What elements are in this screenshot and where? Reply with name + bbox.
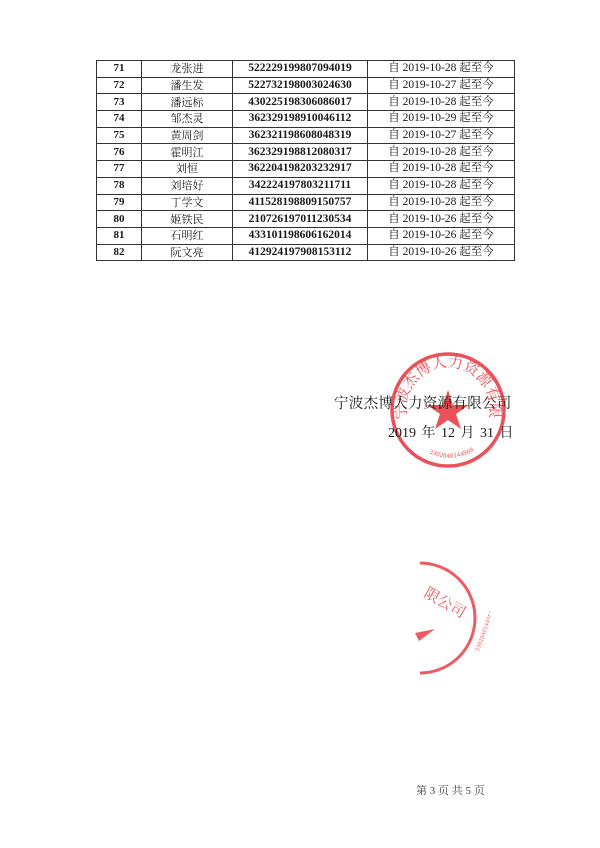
row-number: 79 [97, 194, 142, 211]
svg-text:3302040144560: 3302040144560 [475, 610, 490, 653]
table-row: 82阮文亮412924197908153112自 2019-10-26 起至今 [97, 244, 515, 261]
table-row: 81石明红433101198606162014自 2019-10-26 起至今 [97, 227, 515, 244]
person-name: 石明红 [142, 227, 233, 244]
employment-since: 自 2019-10-29 起至今 [368, 111, 515, 128]
row-number: 81 [97, 227, 142, 244]
employment-since: 自 2019-10-27 起至今 [368, 77, 515, 94]
id-number: 412924197908153112 [233, 244, 368, 261]
table-row: 78刘培好342224197803211711自 2019-10-28 起至今 [97, 177, 515, 194]
person-name: 霍明江 [142, 144, 233, 161]
person-name: 刘培好 [142, 177, 233, 194]
row-number: 78 [97, 177, 142, 194]
employment-since: 自 2019-10-26 起至今 [368, 244, 515, 261]
row-number: 74 [97, 111, 142, 128]
table-row: 71龙张进522229199807094019自 2019-10-28 起至今 [97, 61, 515, 78]
employment-since: 自 2019-10-28 起至今 [368, 177, 515, 194]
person-name: 邹杰灵 [142, 111, 233, 128]
id-number: 362329198812080317 [233, 144, 368, 161]
employment-since: 自 2019-10-28 起至今 [368, 194, 515, 211]
row-number: 75 [97, 127, 142, 144]
table-row: 72潘生发522732198003024630自 2019-10-27 起至今 [97, 77, 515, 94]
table-row: 79丁学文411528198809150757自 2019-10-28 起至今 [97, 194, 515, 211]
person-name: 龙张进 [142, 61, 233, 78]
id-number: 362329198910046112 [233, 111, 368, 128]
row-number: 77 [97, 161, 142, 178]
employment-since: 自 2019-10-26 起至今 [368, 211, 515, 228]
id-number: 411528198809150757 [233, 194, 368, 211]
id-number: 362204198203232917 [233, 161, 368, 178]
table-row: 73潘远标430225198306086017自 2019-10-28 起至今 [97, 94, 515, 111]
person-name: 潘生发 [142, 77, 233, 94]
person-name: 姬铁民 [142, 211, 233, 228]
person-name: 丁学文 [142, 194, 233, 211]
id-number: 430225198306086017 [233, 94, 368, 111]
row-number: 73 [97, 94, 142, 111]
row-number: 71 [97, 61, 142, 78]
id-number: 522229199807094019 [233, 61, 368, 78]
id-number: 210726197011230534 [233, 211, 368, 228]
personnel-table: 71龙张进522229199807094019自 2019-10-28 起至今7… [96, 60, 515, 261]
signature-date: 2019 年 12 月 31 日 [388, 422, 514, 442]
row-number: 72 [97, 77, 142, 94]
employment-since: 自 2019-10-26 起至今 [368, 227, 515, 244]
row-number: 80 [97, 211, 142, 228]
partial-seal-icon: 限公司 3302040144560 [365, 555, 490, 680]
table-row: 75黄周剑362321198608048319自 2019-10-27 起至今 [97, 127, 515, 144]
employment-since: 自 2019-10-27 起至今 [368, 127, 515, 144]
person-name: 黄周剑 [142, 127, 233, 144]
employment-since: 自 2019-10-28 起至今 [368, 94, 515, 111]
row-number: 82 [97, 244, 142, 261]
svg-text:3302040144560: 3302040144560 [428, 446, 475, 460]
svg-text:限公司: 限公司 [421, 584, 469, 622]
employment-since: 自 2019-10-28 起至今 [368, 161, 515, 178]
person-name: 潘远标 [142, 94, 233, 111]
id-number: 362321198608048319 [233, 127, 368, 144]
employment-since: 自 2019-10-28 起至今 [368, 144, 515, 161]
id-number: 342224197803211711 [233, 177, 368, 194]
table-row: 77刘恒362204198203232917自 2019-10-28 起至今 [97, 161, 515, 178]
id-number: 433101198606162014 [233, 227, 368, 244]
company-name: 宁波杰博人力资源有限公司 [334, 392, 512, 413]
table-row: 80姬铁民210726197011230534自 2019-10-26 起至今 [97, 211, 515, 228]
person-name: 刘恒 [142, 161, 233, 178]
id-number: 522732198003024630 [233, 77, 368, 94]
table-row: 74邹杰灵362329198910046112自 2019-10-29 起至今 [97, 111, 515, 128]
row-number: 76 [97, 144, 142, 161]
table-row: 76霍明江362329198812080317自 2019-10-28 起至今 [97, 144, 515, 161]
employment-since: 自 2019-10-28 起至今 [368, 61, 515, 78]
page-number: 第 3 页 共 5 页 [416, 782, 485, 798]
person-name: 阮文亮 [142, 244, 233, 261]
